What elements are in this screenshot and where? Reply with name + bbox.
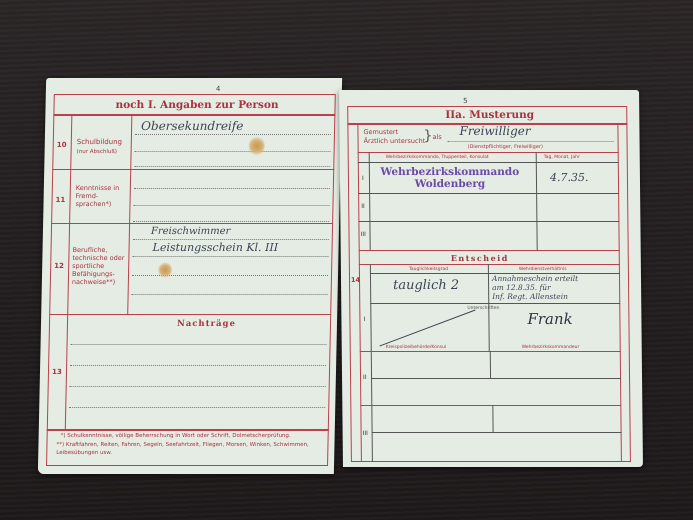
- section-title: IIa. Musterung: [445, 109, 534, 121]
- row-number: 12: [54, 262, 64, 270]
- divider: [358, 152, 619, 153]
- roman-numeral: I: [363, 316, 365, 324]
- dotted-line: [70, 386, 326, 387]
- entscheid-title: Entscheid: [451, 253, 509, 263]
- handwritten-qualification-1: Freischwimmer: [151, 226, 231, 237]
- als-label: als: [432, 133, 441, 141]
- aerztlich-label: Ärztlich untersucht: [364, 137, 426, 145]
- dotted-line: [133, 221, 329, 222]
- commander-signature: Frank: [527, 310, 572, 328]
- left-page: 4 noch I. Angaben zur Person 10 Schulbil…: [38, 78, 342, 474]
- dotted-line: [135, 134, 331, 135]
- stamp-line-1: Wehrbezirkskommando: [380, 166, 520, 178]
- row-label: Berufliche, technische oder sportliche B…: [72, 246, 129, 286]
- header-grade: Tauglichkeitsgrad: [409, 267, 448, 272]
- header-relation: Wehrdienstverhältnis: [519, 267, 567, 272]
- divider: [359, 264, 620, 265]
- divider: [53, 114, 335, 116]
- header-command: Wehrbezirkskommando, Truppenteil, Konsul…: [386, 155, 489, 160]
- row-number: 11: [56, 196, 66, 204]
- roman-numeral: I: [362, 175, 364, 183]
- divider: [371, 378, 621, 379]
- dotted-line: [134, 188, 330, 189]
- relation-line-3: Inf. Regt. Allenstein: [492, 292, 568, 301]
- divider: [358, 162, 619, 163]
- dotted-line: [69, 407, 325, 408]
- stamp-line-2: Woldenberg: [380, 178, 520, 190]
- row-label: Schulbildung: [77, 138, 132, 146]
- fitness-grade: tauglich 2: [393, 278, 459, 293]
- right-page: 5 IIa. Musterung Gemustert Ärztlich unte…: [339, 90, 643, 467]
- dotted-line: [448, 141, 614, 142]
- als-hint: (Dienstpflichtiger, Freiwilliger): [468, 144, 543, 150]
- dotted-line: [132, 256, 328, 257]
- relation-line-2: am 12.8.35. für: [492, 283, 551, 292]
- als-value: Freiwilliger: [459, 124, 530, 138]
- header-date: Tag, Monat, Jahr: [544, 155, 580, 160]
- row-label: Kenntnisse in Fremd-sprachen*): [75, 184, 131, 208]
- row-number: 14: [351, 276, 360, 284]
- footnote-2: **) Kraftfahren, Reiten, Fahren, Segeln,…: [56, 441, 324, 457]
- divider: [358, 221, 619, 222]
- musterung-date: 4.7.35.: [550, 171, 589, 184]
- section-title: noch I. Angaben zur Person: [115, 99, 278, 111]
- divider: [49, 314, 331, 315]
- row-number: 13: [52, 368, 62, 376]
- divider: [358, 193, 619, 194]
- dotted-line: [135, 151, 331, 152]
- row-sublabel: (nur Abschluß): [77, 148, 132, 156]
- roman-numeral: III: [361, 231, 366, 239]
- dotted-line: [134, 166, 330, 167]
- roman-numeral: III: [363, 430, 368, 438]
- nachtraege-title: Nachträge: [177, 319, 236, 329]
- header-commander: Wehrbezirkskommandeur: [522, 345, 580, 350]
- handwritten-qualification-2: Leistungsschein Kl. III: [152, 241, 278, 254]
- footnote-1: *) Schulkenntnisse, völlige Beherrschung…: [61, 432, 327, 440]
- relation-line-1: Annahmeschein erteilt: [492, 274, 578, 283]
- page-number: 5: [463, 97, 468, 105]
- gemustert-label: Gemustert: [363, 128, 398, 136]
- divider: [51, 223, 333, 224]
- handwritten-education: Obersekundreife: [141, 119, 244, 133]
- page-number: 4: [216, 85, 221, 93]
- divider: [360, 405, 621, 406]
- divider: [372, 432, 622, 433]
- dotted-line: [71, 344, 327, 345]
- brace: }: [423, 128, 432, 144]
- strike-line: [377, 308, 477, 348]
- row-number: 10: [57, 141, 67, 149]
- dotted-line: [133, 205, 329, 206]
- dotted-line: [133, 239, 329, 240]
- dotted-line: [132, 294, 328, 295]
- divider: [52, 169, 334, 170]
- divider: [47, 429, 329, 431]
- header-police: Kreispolizeibehörde/Konsul: [386, 345, 447, 350]
- roman-numeral: II: [363, 374, 367, 382]
- divider: [359, 250, 620, 251]
- dotted-line: [70, 365, 326, 366]
- divider: [370, 303, 620, 304]
- roman-numeral: II: [361, 203, 365, 211]
